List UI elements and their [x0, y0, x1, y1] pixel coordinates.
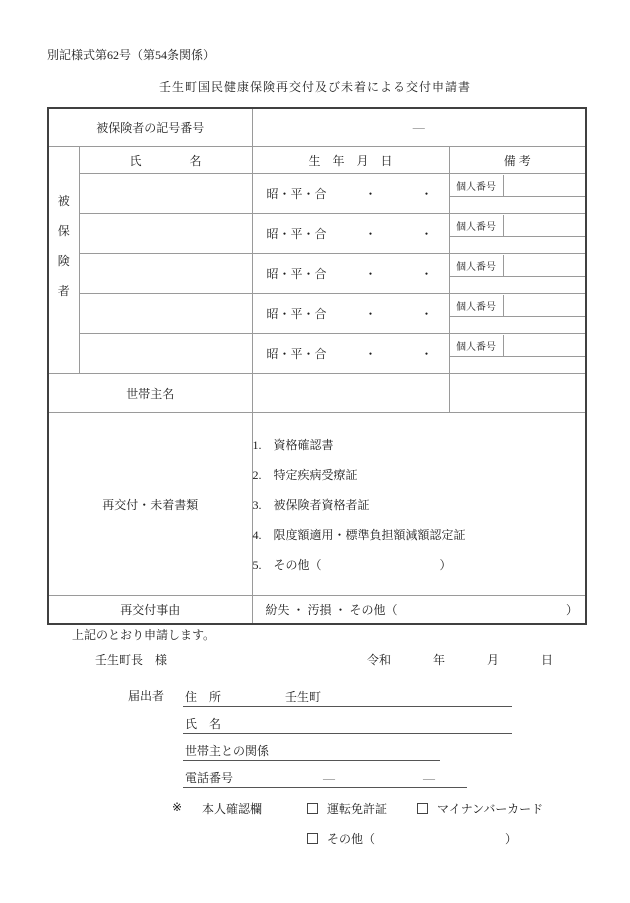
household-head-row: 世帯主名 — [48, 374, 586, 413]
insured-person-row: 昭・平・合 ・ ・ 個人番号 — [48, 214, 586, 254]
documents-row: 再交付・未着書類 1. 資格確認書 2. 特定疾病受療証 3. 被保険者資格者証… — [48, 413, 586, 596]
header-birthdate: 生 年 月 日 — [252, 147, 449, 174]
personal-number-label: 個人番号 — [450, 255, 504, 276]
reason-close-paren: ） — [566, 601, 578, 618]
personal-number-input-box[interactable] — [504, 175, 586, 196]
personal-number-input-box[interactable] — [504, 255, 586, 276]
group-char: 保 — [58, 222, 70, 239]
reference-mark: ※ — [172, 800, 182, 815]
other-option-label: その他（ — [327, 832, 375, 846]
documents-list-cell: 1. 資格確認書 2. 特定疾病受療証 3. 被保険者資格者証 4. 限度額適用… — [252, 413, 586, 596]
personal-number-input-box[interactable] — [504, 215, 586, 236]
household-head-label: 世帯主名 — [48, 374, 252, 413]
remarks-cell: 個人番号 — [449, 214, 586, 254]
document-option-other: 5. その他（ ） — [253, 549, 586, 579]
relation-label: 世帯主との関係 — [185, 742, 269, 759]
address-value: 壬生町 — [285, 688, 321, 705]
phone-dash: — — [323, 771, 335, 786]
remarks-blank — [450, 317, 586, 333]
header-name: 氏 名 — [79, 147, 252, 174]
symbol-number-row: 被保険者の記号番号 — — [48, 108, 586, 147]
header-remarks: 備 考 — [449, 147, 586, 174]
date-dot: ・ — [365, 185, 377, 202]
date-dot: ・ — [421, 265, 433, 282]
insured-person-row: 昭・平・合 ・ ・ 個人番号 — [48, 334, 586, 374]
household-remarks-cell — [449, 374, 586, 413]
application-form-page: 別記様式第62号（第54条関係） 壬生町国民健康保険再交付及び未着による交付申請… — [0, 0, 630, 903]
name-field[interactable]: 氏 名 — [183, 715, 512, 734]
remarks-blank — [450, 197, 586, 213]
document-option: 2. 特定疾病受療証 — [253, 459, 586, 489]
declaration-text: 上記のとおり申請します。 — [72, 626, 215, 643]
birthdate-cell: 昭・平・合 ・ ・ — [252, 214, 449, 254]
identity-section-label: 本人確認欄 — [202, 800, 262, 817]
form-number-label: 別記様式第62号（第54条関係） — [47, 46, 215, 63]
era-options: 昭・平・合 — [267, 185, 327, 202]
insured-group-label: 被 保 険 者 — [49, 192, 79, 299]
group-char: 険 — [58, 252, 70, 269]
reason-label: 再交付事由 — [48, 596, 252, 625]
symbol-number-field[interactable]: — — [252, 108, 586, 147]
reason-row: 再交付事由 紛失 ・ 汚損 ・ その他（ ） — [48, 596, 586, 625]
birthdate-cell: 昭・平・合 ・ ・ — [252, 174, 449, 214]
household-head-input-cell[interactable] — [252, 374, 449, 413]
remarks-blank — [450, 237, 586, 253]
insured-group-label-cell: 被 保 険 者 — [48, 147, 79, 374]
name-input-cell[interactable] — [79, 174, 252, 214]
era-label: 令和 — [367, 651, 391, 668]
name-input-cell[interactable] — [79, 294, 252, 334]
date-dot: ・ — [365, 265, 377, 282]
personal-number-label: 個人番号 — [450, 295, 504, 316]
identity-option-drivers-license: 運転免許証 — [307, 800, 387, 817]
birthdate-cell: 昭・平・合 ・ ・ — [252, 254, 449, 294]
document-other-prefix: 5. その他（ — [253, 556, 322, 573]
document-option: 4. 限度額適用・標準負担額減額認定証 — [253, 519, 586, 549]
remarks-cell: 個人番号 — [449, 174, 586, 214]
other-close-paren: ） — [505, 830, 517, 847]
era-options: 昭・平・合 — [267, 265, 327, 282]
symbol-number-dash: — — [413, 120, 425, 134]
document-option: 1. 資格確認書 — [253, 429, 586, 459]
date-dot: ・ — [365, 305, 377, 322]
group-char: 被 — [58, 192, 70, 209]
remarks-cell: 個人番号 — [449, 254, 586, 294]
personal-number-label: 個人番号 — [450, 215, 504, 236]
address-field[interactable]: 住 所 壬生町 — [183, 688, 512, 707]
mynumber-card-label: マイナンバーカード — [437, 802, 543, 816]
personal-number-label: 個人番号 — [450, 175, 504, 196]
drivers-license-label: 運転免許証 — [327, 802, 387, 816]
date-line: 令和 年 月 日 — [367, 651, 553, 668]
date-dot: ・ — [421, 185, 433, 202]
relation-field[interactable]: 世帯主との関係 — [183, 742, 440, 761]
documents-label: 再交付・未着書類 — [48, 413, 252, 596]
form-title: 壬生町国民健康保険再交付及び未着による交付申請書 — [0, 78, 630, 95]
phone-label: 電話番号 — [185, 769, 233, 786]
identity-check-row-2: その他（ ） — [0, 830, 630, 846]
application-table: 被保険者の記号番号 — 被 保 険 者 氏 名 生 年 月 日 備 考 — [47, 107, 587, 625]
date-dot: ・ — [421, 225, 433, 242]
name-label: 氏 名 — [185, 715, 221, 732]
phone-dash: — — [423, 771, 435, 786]
date-dot: ・ — [365, 225, 377, 242]
insured-person-row: 昭・平・合 ・ ・ 個人番号 — [48, 174, 586, 214]
mynumber-card-checkbox[interactable] — [417, 803, 428, 814]
address-label: 住 所 — [185, 688, 221, 705]
reason-options: 紛失 ・ 汚損 ・ その他（ — [266, 601, 398, 618]
date-dot: ・ — [421, 345, 433, 362]
era-options: 昭・平・合 — [267, 305, 327, 322]
symbol-number-label: 被保険者の記号番号 — [48, 108, 252, 147]
era-options: 昭・平・合 — [267, 225, 327, 242]
insured-person-row: 昭・平・合 ・ ・ 個人番号 — [48, 294, 586, 334]
reason-options-cell: 紛失 ・ 汚損 ・ その他（ ） — [252, 596, 586, 625]
identity-check-row-1: ※ 本人確認欄 運転免許証 マイナンバーカード — [0, 800, 630, 816]
document-option: 3. 被保険者資格者証 — [253, 489, 586, 519]
date-dot: ・ — [421, 305, 433, 322]
applicant-label: 届出者 — [128, 687, 164, 704]
personal-number-input-box[interactable] — [504, 295, 586, 316]
identity-option-mynumber-card: マイナンバーカード — [417, 800, 543, 817]
birthdate-cell: 昭・平・合 ・ ・ — [252, 294, 449, 334]
identity-option-other: その他（ — [307, 830, 375, 847]
name-input-cell[interactable] — [79, 334, 252, 374]
document-other-close-paren: ） — [440, 556, 452, 573]
phone-field[interactable]: 電話番号 — — — [183, 769, 467, 788]
name-input-cell[interactable] — [79, 254, 252, 294]
other-checkbox[interactable] — [307, 833, 318, 844]
group-char: 者 — [58, 282, 70, 299]
remarks-cell: 個人番号 — [449, 294, 586, 334]
birthdate-cell: 昭・平・合 ・ ・ — [252, 334, 449, 374]
personal-number-label: 個人番号 — [450, 335, 504, 356]
era-options: 昭・平・合 — [267, 345, 327, 362]
remarks-cell: 個人番号 — [449, 334, 586, 374]
insured-person-row: 昭・平・合 ・ ・ 個人番号 — [48, 254, 586, 294]
drivers-license-checkbox[interactable] — [307, 803, 318, 814]
remarks-blank — [450, 277, 586, 293]
personal-number-input-box[interactable] — [504, 335, 586, 356]
year-label: 年 — [433, 651, 445, 668]
date-dot: ・ — [365, 345, 377, 362]
remarks-blank — [450, 357, 586, 373]
day-label: 日 — [541, 651, 553, 668]
month-label: 月 — [487, 651, 499, 668]
name-input-cell[interactable] — [79, 214, 252, 254]
table-header-row: 被 保 険 者 氏 名 生 年 月 日 備 考 — [48, 147, 586, 174]
addressee-text: 壬生町長 様 — [95, 651, 167, 668]
